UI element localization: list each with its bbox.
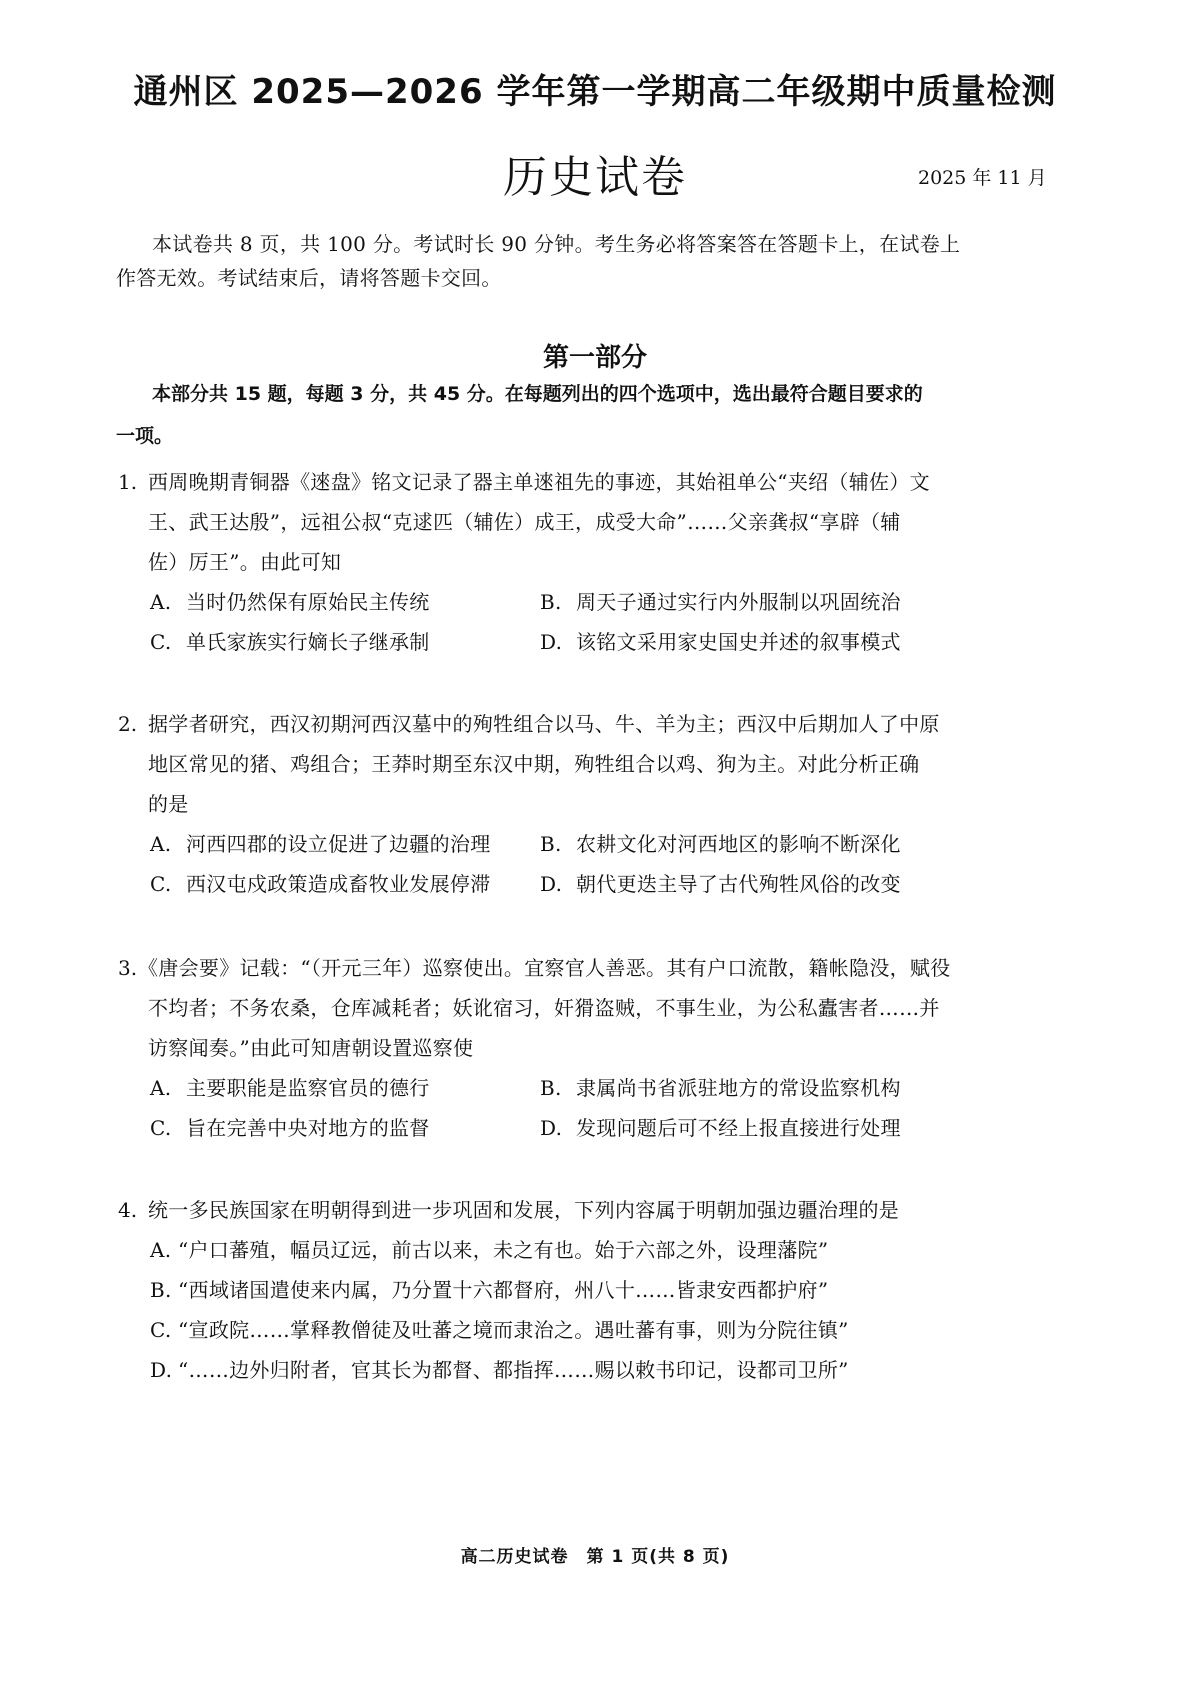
option-text: 主要职能是监察官员的德行 <box>186 1076 430 1100</box>
question-stem-line: 据学者研究，西汉初期河西汉墓中的殉牲组合以马、牛、羊为主；西汉中后期加人了中原 <box>148 710 940 738</box>
option-letter: B. <box>150 1276 178 1304</box>
option-text: 该铭文采用家史国史并述的叙事模式 <box>576 630 901 654</box>
section-description: 一项。 <box>116 422 173 450</box>
option-c: C.“宣政院……掌释教僧徒及吐蕃之境而隶治之。遇吐蕃有事，则为分院往镇” <box>150 1316 849 1344</box>
question-stem-line: 访察闻奏。”由此可知唐朝设置巡察使 <box>148 1034 473 1062</box>
option-text: 旨在完善中央对地方的监督 <box>186 1116 430 1140</box>
section-title: 第一部分 <box>0 340 1190 376</box>
option-letter: B. <box>540 588 576 616</box>
option-d: D.朝代更迭主导了古代殉牲风俗的改变 <box>540 870 901 898</box>
option-text: 农耕文化对河西地区的影响不断深化 <box>576 832 901 856</box>
question-stem-line: 地区常见的猪、鸡组合；王莽时期至东汉中期，殉牲组合以鸡、狗为主。对此分析正确 <box>148 750 919 778</box>
question-number: 2. <box>118 710 137 738</box>
page-footer: 高二历史试卷 第 1 页(共 8 页) <box>0 1545 1190 1569</box>
option-b: B.农耕文化对河西地区的影响不断深化 <box>540 830 901 858</box>
option-text: “……边外归附者，官其长为都督、都指挥……赐以敕书印记，设都司卫所” <box>178 1358 849 1382</box>
option-letter: B. <box>540 1074 576 1102</box>
option-letter: B. <box>540 830 576 858</box>
option-c: C.西汉屯戍政策造成畜牧业发展停滞 <box>150 870 491 898</box>
option-d: D.发现问题后可不经上报直接进行处理 <box>540 1114 901 1142</box>
option-text: “西域诸国遣使来内属，乃分置十六都督府，州八十……皆隶安西都护府” <box>178 1278 828 1302</box>
option-text: 朝代更迭主导了古代殉牲风俗的改变 <box>576 872 901 896</box>
option-letter: A. <box>150 588 186 616</box>
option-letter: A. <box>150 1236 178 1264</box>
option-text: 周天子通过实行内外服制以巩固统治 <box>576 590 901 614</box>
option-d: D.“……边外归附者，官其长为都督、都指挥……赐以敕书印记，设都司卫所” <box>150 1356 849 1384</box>
option-b: B.“西域诸国遣使来内属，乃分置十六都督府，州八十……皆隶安西都护府” <box>150 1276 828 1304</box>
option-letter: C. <box>150 1316 178 1344</box>
option-a: A.“户口蕃殖，幅员辽远，前古以来，未之有也。始于六部之外，设理藩院” <box>150 1236 828 1264</box>
option-text: 河西四郡的设立促进了边疆的治理 <box>186 832 491 856</box>
option-letter: D. <box>540 870 576 898</box>
option-letter: D. <box>540 1114 576 1142</box>
option-letter: D. <box>150 1356 178 1384</box>
option-text: 当时仍然保有原始民主传统 <box>186 590 430 614</box>
option-a: A.当时仍然保有原始民主传统 <box>150 588 430 616</box>
question-stem-line: 佐）厉王”。由此可知 <box>148 548 341 576</box>
notice-line: 本试卷共 8 页，共 100 分。考试时长 90 分钟。考生务必将答案答在答题卡… <box>152 230 960 258</box>
question-stem-line: 《唐会要》记载：“（开元三年）巡察使出。宜察官人善恶。其有户口流散，籍帐隐没，赋… <box>138 954 951 982</box>
question-number: 1. <box>118 468 137 496</box>
option-letter: A. <box>150 1074 186 1102</box>
exam-title: 通州区 2025—2026 学年第一学期高二年级期中质量检测 <box>0 70 1190 114</box>
question-stem-line: 统一多民族国家在明朝得到进一步巩固和发展，下列内容属于明朝加强边疆治理的是 <box>148 1196 899 1224</box>
exam-page: 通州区 2025—2026 学年第一学期高二年级期中质量检测 历史试卷 2025… <box>0 0 1190 1684</box>
option-text: 发现问题后可不经上报直接进行处理 <box>576 1116 901 1140</box>
question-stem-line: 不均者；不务农桑，仓库减耗者；妖讹宿习，奸猾盗贼，不事生业，为公私蠹害者……并 <box>148 994 940 1022</box>
option-text: 隶属尚书省派驻地方的常设监察机构 <box>576 1076 901 1100</box>
option-letter: C. <box>150 870 186 898</box>
question-stem-line: 的是 <box>148 790 189 818</box>
section-description: 本部分共 15 题，每题 3 分，共 45 分。在每题列出的四个选项中，选出最符… <box>152 380 923 408</box>
option-a: A.主要职能是监察官员的德行 <box>150 1074 430 1102</box>
option-letter: D. <box>540 628 576 656</box>
option-c: C.旨在完善中央对地方的监督 <box>150 1114 430 1142</box>
option-d: D.该铭文采用家史国史并述的叙事模式 <box>540 628 901 656</box>
option-b: B.周天子通过实行内外服制以巩固统治 <box>540 588 901 616</box>
option-c: C.单氏家族实行嫡长子继承制 <box>150 628 430 656</box>
option-text: “宣政院……掌释教僧徒及吐蕃之境而隶治之。遇吐蕃有事，则为分院往镇” <box>178 1318 849 1342</box>
option-text: “户口蕃殖，幅员辽远，前古以来，未之有也。始于六部之外，设理藩院” <box>178 1238 828 1262</box>
question-stem-line: 西周晚期青铜器《逨盘》铭文记录了器主单逨祖先的事迹，其始祖单公“夹绍（辅佐）文 <box>148 468 930 496</box>
option-letter: A. <box>150 830 186 858</box>
option-letter: C. <box>150 1114 186 1142</box>
question-stem-line: 王、武王达殷”，远祖公叔“克逑匹（辅佐）成王，成受大命”……父亲龚叔“享辟（辅 <box>148 508 901 536</box>
option-a: A.河西四郡的设立促进了边疆的治理 <box>150 830 491 858</box>
notice-line: 作答无效。考试结束后，请将答题卡交回。 <box>116 264 502 292</box>
exam-date: 2025 年 11 月 <box>918 165 1047 191</box>
option-letter: C. <box>150 628 186 656</box>
question-number: 4. <box>118 1196 137 1224</box>
option-b: B.隶属尚书省派驻地方的常设监察机构 <box>540 1074 901 1102</box>
option-text: 西汉屯戍政策造成畜牧业发展停滞 <box>186 872 491 896</box>
option-text: 单氏家族实行嫡长子继承制 <box>186 630 430 654</box>
question-number: 3. <box>118 954 137 982</box>
